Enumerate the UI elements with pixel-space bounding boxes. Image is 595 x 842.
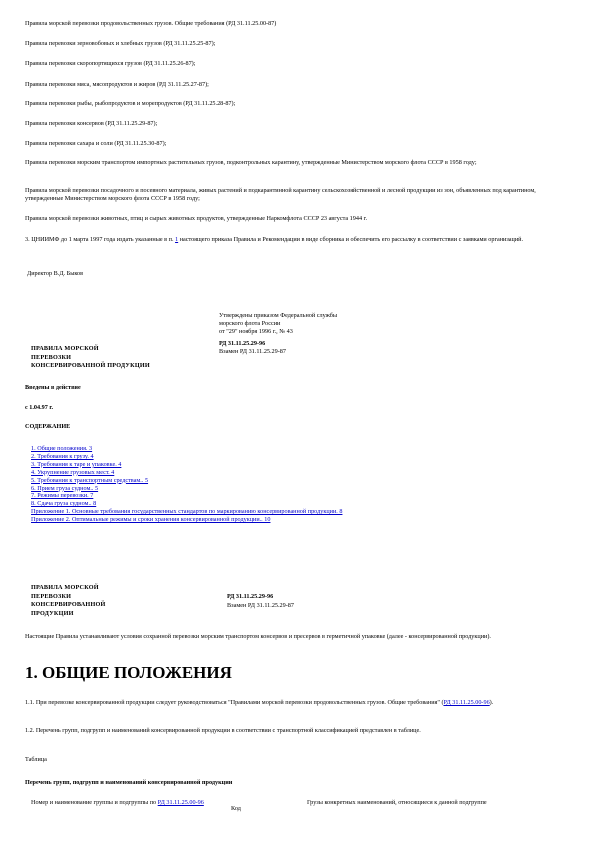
list-item: Правила перевозки консервов (РД 31.11.25… bbox=[25, 120, 570, 128]
list-item: Правила перевозки сахара и соли (РД 31.1… bbox=[25, 140, 570, 148]
approval-block: Утверждены приказом Федеральной службы м… bbox=[219, 312, 337, 356]
toc-item[interactable]: 6. Прием груза судном.. 5 bbox=[31, 485, 342, 493]
toc-item[interactable]: 1. Общие положения. 3 bbox=[31, 445, 342, 453]
list-item: Правила морской перевозки животных, птиц… bbox=[25, 215, 570, 223]
table-of-contents: 1. Общие положения. 3 2. Требования к гр… bbox=[31, 445, 342, 524]
effective-date: с 1.04.97 г. bbox=[25, 404, 570, 412]
list-item: Правила перевозки скоропортящихся грузов… bbox=[25, 60, 570, 68]
effective-label: Введены в действие bbox=[25, 384, 570, 392]
table-title: Перечень групп, подгрупп и наименований … bbox=[25, 779, 570, 787]
list-item: Правила перевозки морским транспортом им… bbox=[25, 159, 570, 167]
rd-block-2: РД 31.11.25.29-96 Взамен РД 31.11.25.29-… bbox=[227, 593, 294, 610]
document-title: ПРАВИЛА МОРСКОЙ ПЕРЕВОЗКИ КОНСЕРВИРОВАНН… bbox=[31, 345, 150, 371]
table-header-col3: Грузы конкретных наименований, относящие… bbox=[307, 799, 537, 807]
rd-number: РД 31.11.25.29-96 bbox=[219, 340, 337, 348]
replaces-rd: Взамен РД 31.11.25.29-87 bbox=[219, 348, 337, 356]
paragraph-1-2: 1.2. Перечень групп, подгрупп и наименов… bbox=[25, 727, 570, 735]
toc-item[interactable]: 3. Требования к таре и упаковке. 4 bbox=[31, 461, 342, 469]
rd-link-table[interactable]: РД 31.11.25.00-96 bbox=[158, 799, 204, 806]
toc-item[interactable]: Приложение 2. Оптимальные режимы и сроки… bbox=[31, 516, 342, 524]
item-3-paragraph: 3. ЦНИИМФ до 1 марта 1997 года издать ук… bbox=[25, 236, 570, 244]
contents-heading: СОДЕРЖАНИЕ bbox=[25, 423, 570, 431]
table-label: Таблица bbox=[25, 756, 570, 764]
signature: Директор В.Д. Быков bbox=[27, 270, 572, 278]
toc-item[interactable]: 2. Требования к грузу. 4 bbox=[31, 453, 342, 461]
paragraph-1-1: 1.1. При перевозке консервированной прод… bbox=[25, 699, 570, 707]
section-1-heading: 1. ОБЩИЕ ПОЛОЖЕНИЯ bbox=[25, 663, 232, 683]
list-item: Правила перевозки зерновобовых и хлебных… bbox=[25, 40, 570, 48]
table-header-col2: Код bbox=[231, 805, 241, 813]
list-item: Правила перевозки рыбы, рыбопродуктов и … bbox=[25, 100, 570, 108]
list-item: Правила морской перевозки посадочного и … bbox=[25, 187, 570, 203]
toc-item[interactable]: 8. Сдача груза судном.. 8 bbox=[31, 500, 342, 508]
scope-paragraph: Настоящие Правила устанавливают условия … bbox=[25, 633, 570, 641]
list-item: Правила перевозки мяса, мясопродуктов и … bbox=[25, 81, 570, 89]
toc-item[interactable]: 5. Требования к транспортным средствам..… bbox=[31, 477, 342, 485]
table-header-col1: Номер и наименование группы и подгруппы … bbox=[31, 799, 226, 807]
toc-item[interactable]: 7. Режимы перевозки. 7 bbox=[31, 492, 342, 500]
toc-item[interactable]: Приложение 1. Основные требования госуда… bbox=[31, 508, 342, 516]
toc-item[interactable]: 4. Укрупнение грузовых мест. 4 bbox=[31, 469, 342, 477]
document-title-2: ПРАВИЛА МОРСКОЙ ПЕРЕВОЗКИ КОНСЕРВИРОВАНН… bbox=[31, 584, 106, 618]
list-item: Правила морской перевозки продовольствен… bbox=[25, 20, 570, 28]
rd-link[interactable]: РД 31.11.25.00-96 bbox=[444, 699, 490, 706]
